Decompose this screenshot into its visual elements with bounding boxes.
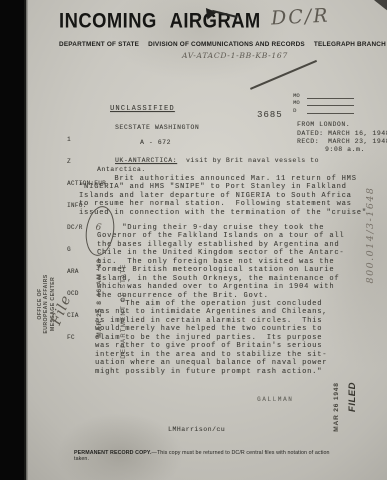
subject-rest: visit by Brit naval vessels to: [177, 157, 319, 164]
received-time: 9:08 a.m.: [325, 146, 365, 153]
handwritten-pencil-number: AV-ATACD-1-BB-KB-167: [182, 51, 288, 60]
subtitle-dept: DEPARTMENT OF STATE: [59, 41, 139, 48]
origin-line: FROM LONDON.: [297, 121, 350, 128]
department-of-state-stamp: DEPARTMENT OF STATE: [121, 260, 127, 362]
message-id: A - 672: [140, 139, 171, 146]
addressee: SECSTATE WASHINGTON: [115, 124, 199, 131]
blank-line: [307, 108, 354, 114]
scan-edge-strip: [0, 0, 28, 480]
filed-stamp: FILED: [347, 373, 358, 421]
subject-tag: UK-ANTARCTICA:: [115, 157, 177, 164]
d-label: D: [293, 107, 307, 114]
mo-label: MO: [293, 92, 307, 99]
paragraph-3: "The aim of the operation just concluded…: [95, 300, 327, 376]
blank-line: [307, 93, 354, 99]
paragraph-2: "During their 9-day cruise they took the…: [97, 224, 344, 300]
subtitle-branch: TELEGRAPH BRANCH: [314, 41, 386, 48]
mo-label: MO: [293, 99, 307, 106]
eur-office-stamp: OFFICE OF EUROPEAN AFFAIRS MESSAGE CENTE…: [37, 256, 56, 352]
corner-smudge: [363, 0, 387, 20]
permanent-record-footer: PERMANENT RECORD COPY.—This copy must be…: [74, 450, 342, 462]
classification-marking: UNCLASSIFIED: [110, 105, 175, 113]
title-word-incoming: INCOMING: [59, 9, 157, 33]
mo-row: MO: [293, 99, 354, 106]
subject-line: UK-ANTARCTICA: visit by Brit naval vesse…: [115, 157, 319, 164]
routing-item: Z: [67, 158, 106, 165]
document-title: INCOMINGAIRGRAM: [59, 9, 261, 34]
control-number: 3685: [257, 110, 283, 120]
paragraph-1: Brit authorities announced Mar. 11 retur…: [79, 175, 372, 217]
routing-item: 1: [67, 136, 106, 143]
oval-inner-mark: 6: [95, 222, 102, 233]
drafter-initials: LMHarrison/cu: [168, 426, 225, 433]
blank-line: [307, 100, 354, 106]
subject-line-2: Antarctica.: [97, 166, 146, 173]
mo-fill-in-block: MO MO D: [293, 92, 354, 114]
signature: GALLMAN: [257, 396, 293, 403]
archival-file-number: 800.014/3-1648: [365, 134, 376, 336]
airgram-document-page: INCOMINGAIRGRAM DEPARTMENT OF STATEDIVIS…: [0, 0, 387, 480]
document-subtitle: DEPARTMENT OF STATEDIVISION OF COMMUNICA…: [59, 41, 387, 48]
filed-date-stamp: MAR 26 1948: [333, 376, 340, 438]
mo-row: D: [293, 106, 354, 113]
eur-date-stamp: MAR 25 8 46 AM '48: [96, 250, 103, 346]
subtitle-division: DIVISION OF COMMUNICATIONS AND RECORDS: [148, 41, 305, 48]
handwritten-slash-mark: [250, 60, 317, 90]
handwritten-dcr-annotation: DC/R: [270, 4, 330, 29]
mo-row: MO: [293, 92, 354, 99]
